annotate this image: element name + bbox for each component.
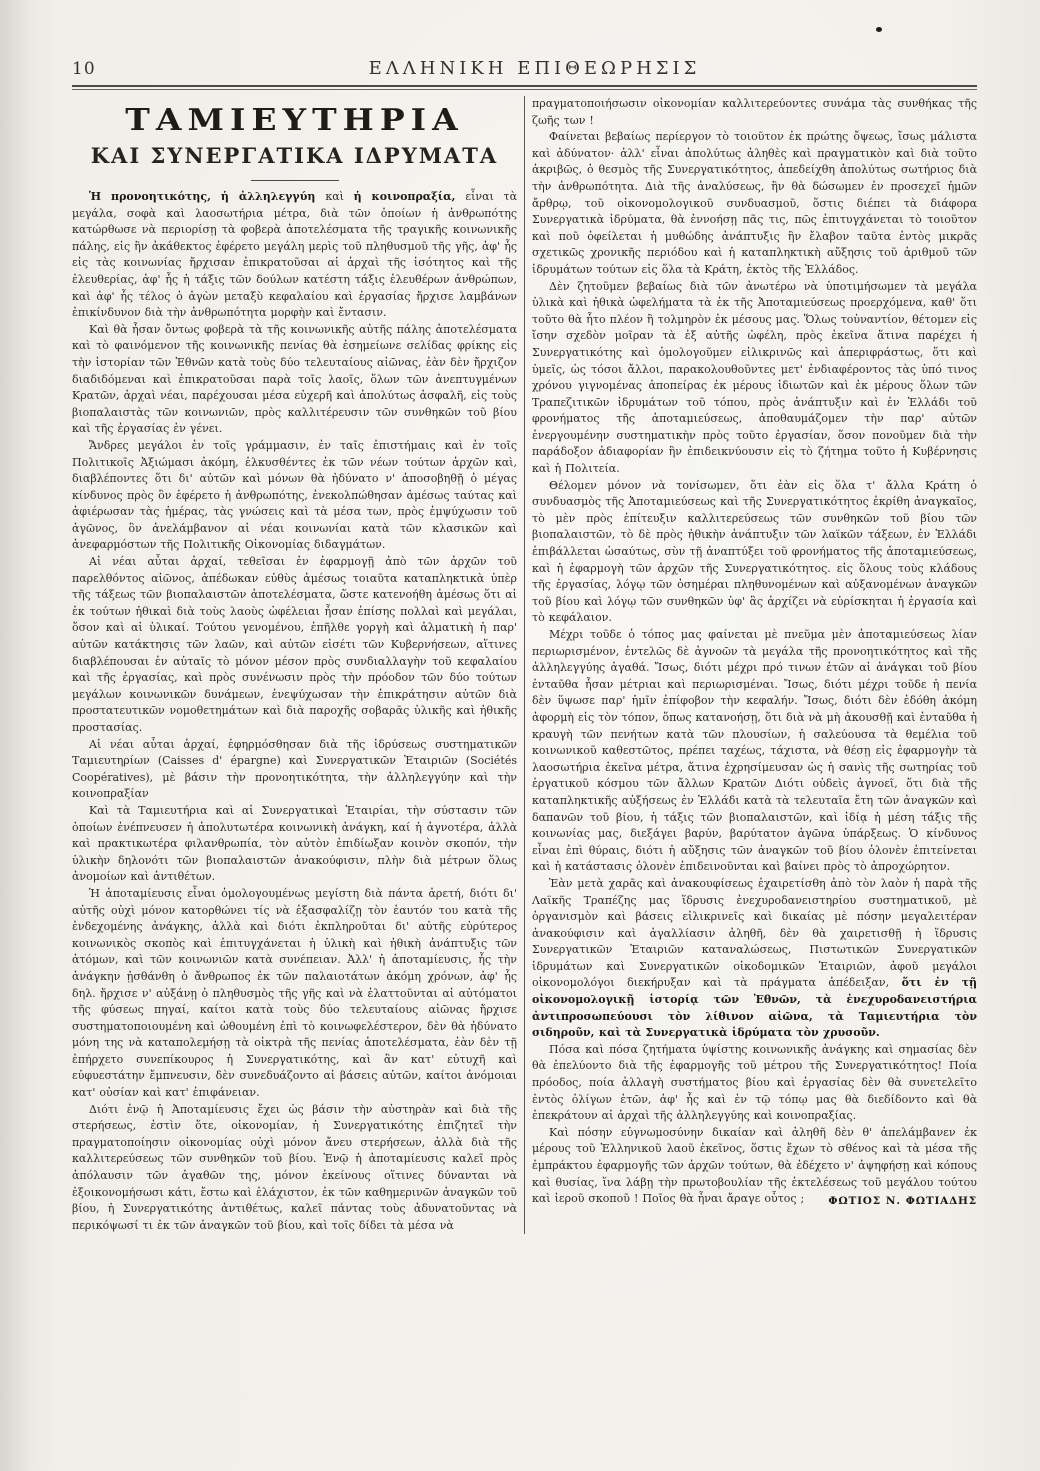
left-column: ΤΑΜΙΕΥΤΗΡΙΑ ΚΑΙ ΣΥΝΕΡΓΑΤΙΚΑ ΙΔΡΥΜΑΤΑ Ἡ π… (72, 96, 517, 1234)
text-run: Ἐὰν μετὰ χαρᾶς καὶ ἀνακουφίσεως ἐχαιρετί… (532, 877, 977, 990)
right-column-text: πραγματοποιήσωσιν οἰκονομίαν καλλιτερεύο… (532, 96, 977, 1208)
text-run: πραγματοποιήσωσιν οἰκονομίαν καλλιτερεύο… (532, 97, 977, 127)
article-body: ΤΑΜΙΕΥΤΗΡΙΑ ΚΑΙ ΣΥΝΕΡΓΑΤΙΚΑ ΙΔΡΥΜΑΤΑ Ἡ π… (72, 96, 978, 1234)
paragraph: Δὲν ζητοῦμεν βεβαίως διὰ τῶν ἀνωτέρω νὰ … (532, 279, 977, 478)
article-title-block: ΤΑΜΙΕΥΤΗΡΙΑ ΚΑΙ ΣΥΝΕΡΓΑΤΙΚΑ ΙΔΡΥΜΑΤΑ (72, 96, 517, 181)
paragraph: Αἱ νέαι αὗται ἀρχαί, ἐφηρμόσθησαν διὰ τῆ… (72, 737, 517, 803)
paragraph: Θέλομεν μόνον νὰ τονίσωμεν, ὅτι ἐὰν εἰς … (532, 478, 977, 627)
bold-text-run: Ἡ προνοητικότης, ἡ ἀλληλεγγύη (89, 190, 325, 203)
paragraph: Καὶ θὰ ἦσαν ὄντως φοβερὰ τὰ τῆς κοινωνικ… (72, 322, 517, 438)
text-run: Καὶ τὰ Ταμιευτήρια καὶ αἱ Συνεργατικαὶ Ἑ… (72, 804, 517, 883)
paragraph: πραγματοποιήσωσιν οἰκονομίαν καλλιτερεύο… (532, 96, 977, 129)
scanned-journal-page: { "page": { "number": "10", "journal_tit… (0, 0, 1040, 1471)
author-signature: ΦΩΤΙΟΣ Ν. ΦΩΤΙΑΔΗΣ (811, 1191, 977, 1210)
paragraph: Ἡ προνοητικότης, ἡ ἀλληλεγγύη καὶ ἡ κοιν… (72, 189, 517, 322)
paragraph: Ἡ ἀποταμίευσις εἶναι ὁμολογουμένως μεγίσ… (72, 886, 517, 1102)
text-run: εἶναι τὰ μεγάλα, σοφὰ καὶ λαοσωτήρια μέτ… (72, 190, 517, 319)
text-run: Καὶ θὰ ἦσαν ὄντως φοβερὰ τὰ τῆς κοινωνικ… (72, 323, 517, 436)
left-column-text: Ἡ προνοητικότης, ἡ ἀλληλεγγύη καὶ ἡ κοιν… (72, 189, 517, 1234)
text-run: Ἡ ἀποταμίευσις εἶναι ὁμολογουμένως μεγίσ… (72, 887, 517, 1099)
text-run: Διότι ἐνῷ ἡ Ἀποταμίευσις ἔχει ὡς βάσιν τ… (72, 1103, 517, 1232)
text-run: Θέλομεν μόνον νὰ τονίσωμεν, ὅτι ἐὰν εἰς … (532, 479, 977, 625)
text-run: Αἱ νέαι αὗται ἀρχαί, τεθεῖσαι ἐν ἐφαρμογ… (72, 555, 517, 734)
masthead: 10 ΕΛΛΗΝΙΚΗ ΕΠΙΘΕΩΡΗΣΙΣ (72, 58, 977, 90)
text-run: Αἱ νέαι αὗται ἀρχαί, ἐφηρμόσθησαν διὰ τῆ… (72, 738, 517, 801)
text-run: καὶ (325, 190, 353, 203)
text-run: Δὲν ζητοῦμεν βεβαίως διὰ τῶν ἀνωτέρω νὰ … (532, 280, 977, 476)
paragraph: Καὶ τὰ Ταμιευτήρια καὶ αἱ Συνεργατικαὶ Ἑ… (72, 803, 517, 886)
paragraph: Καὶ πόσην εὐγνωμοσύνην δικαίαν καὶ ἀληθῆ… (532, 1125, 977, 1208)
article-title-line1: ΤΑΜΙΕΥΤΗΡΙΑ (72, 102, 517, 138)
column-divider-rule (524, 96, 525, 1234)
paragraph: Διότι ἐνῷ ἡ Ἀποταμίευσις ἔχει ὡς βάσιν τ… (72, 1102, 517, 1235)
paragraph: Πόσα καὶ πόσα ζητήματα ὑψίστης κοινωνικῆ… (532, 1042, 977, 1125)
title-separator-rule (251, 180, 339, 181)
paragraph: Ἄνδρες μεγάλοι ἐν τοῖς γράμμασιν, ἐν ταῖ… (72, 438, 517, 554)
right-column: πραγματοποιήσωσιν οἰκονομίαν καλλιτερεύο… (532, 96, 977, 1234)
paragraph: Ἐὰν μετὰ χαρᾶς καὶ ἀνακουφίσεως ἐχαιρετί… (532, 876, 977, 1042)
masthead-rule (72, 85, 977, 90)
ink-speck (876, 27, 882, 32)
article-title-line2: ΚΑΙ ΣΥΝΕΡΓΑΤΙΚΑ ΙΔΡΥΜΑΤΑ (72, 143, 517, 168)
text-run: Μέχρι τοῦδε ὁ τόπος μας φαίνεται μὲ πνεῦ… (532, 628, 977, 873)
paragraph: Μέχρι τοῦδε ὁ τόπος μας φαίνεται μὲ πνεῦ… (532, 627, 977, 876)
scan-edge-shading (0, 0, 55, 1471)
text-run: Ἄνδρες μεγάλοι ἐν τοῖς γράμμασιν, ἐν ταῖ… (72, 439, 517, 552)
paragraph: Αἱ νέαι αὗται ἀρχαί, τεθεῖσαι ἐν ἐφαρμογ… (72, 554, 517, 737)
text-run: Πόσα καὶ πόσα ζητήματα ὑψίστης κοινωνικῆ… (532, 1043, 977, 1122)
bold-text-run: ἡ κοινοπραξία, (354, 190, 466, 203)
text-run: Φαίνεται βεβαίως περίεργον τὸ τοιοῦτον ἐ… (532, 130, 977, 276)
journal-title: ΕΛΛΗΝΙΚΗ ΕΠΙΘΕΩΡΗΣΙΣ (152, 58, 917, 79)
paragraph: Φαίνεται βεβαίως περίεργον τὸ τοιοῦτον ἐ… (532, 129, 977, 278)
